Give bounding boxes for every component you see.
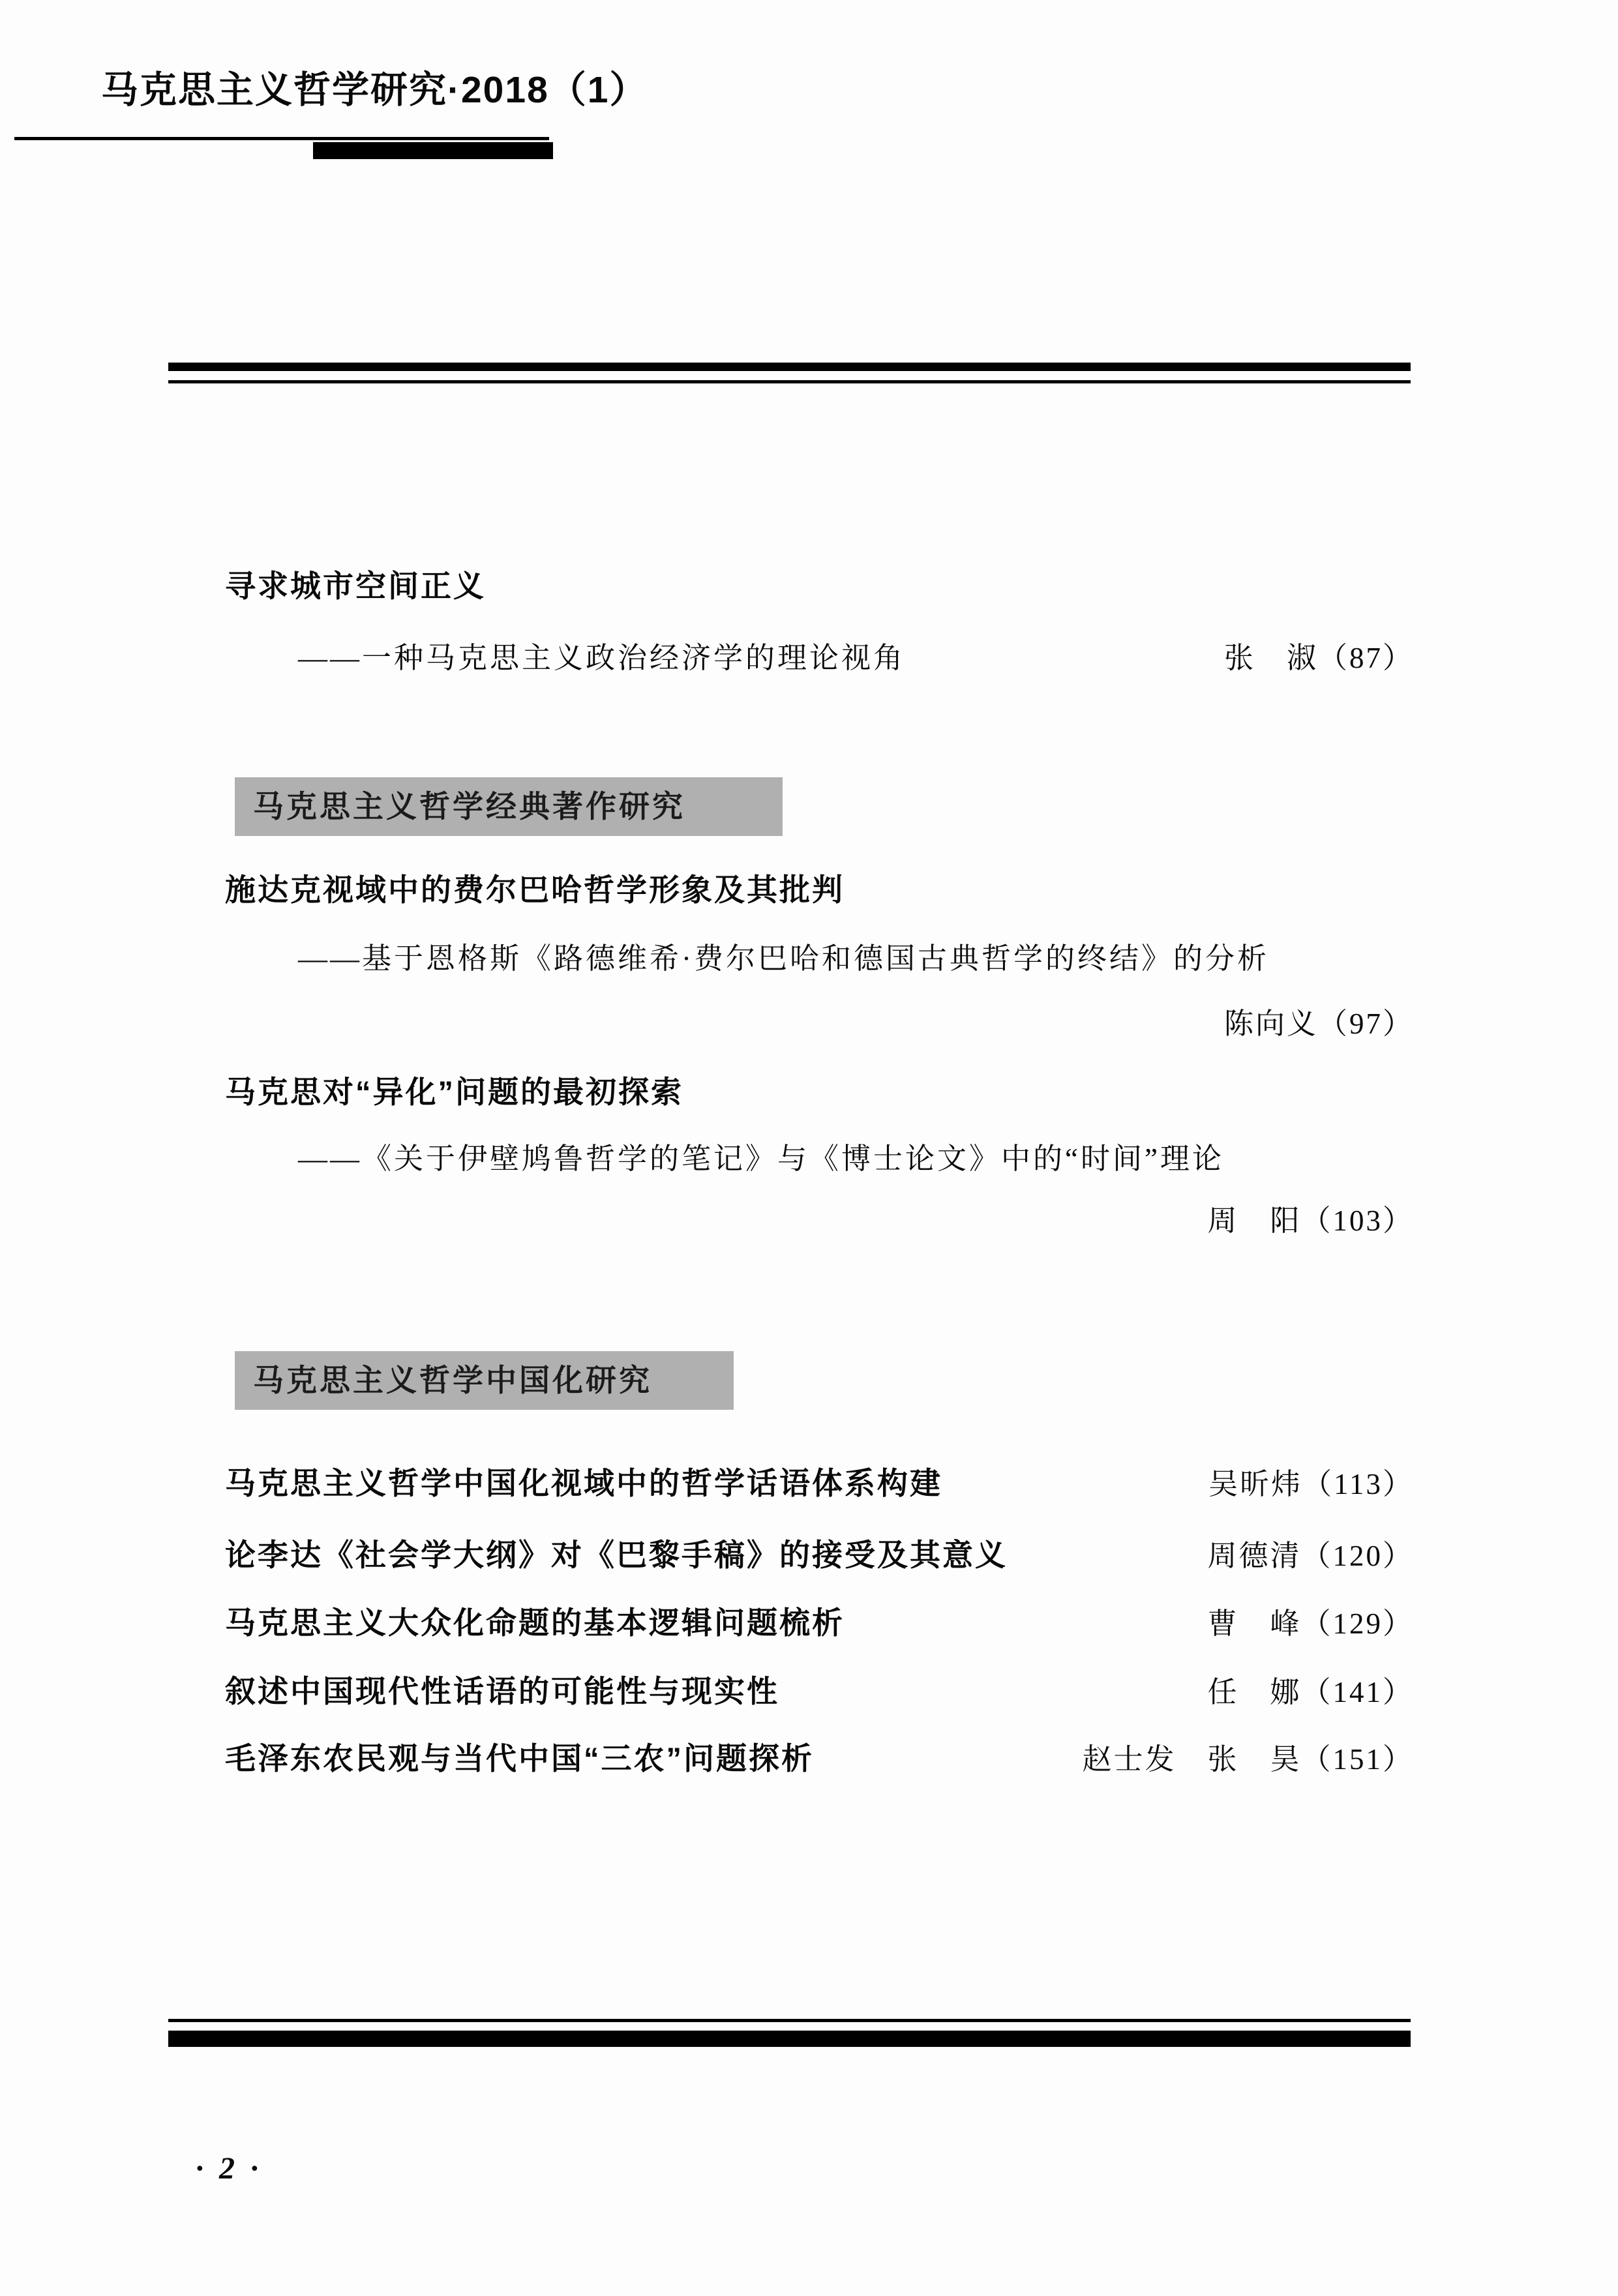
toc-entry-subtitle: ——《关于伊壁鸠鲁哲学的笔记》与《博士论文》中的“时间”理论 [225,1135,1487,1177]
toc-entry-authors: 曹 峰（129） [1207,1600,1414,1642]
toc-entry-title: 寻求城市空间正义 [225,562,1414,606]
section-header-classic-works: 马克思主义哲学经典著作研究 [235,777,783,836]
toc-entry-subtitle: ——一种马克思主义政治经济学的理论视角 [225,634,905,676]
toc-entry-authors: 吴昕炜（113） [1208,1460,1414,1502]
toc-entry-title: 施达克视域中的费尔巴哈哲学形象及其批判 [225,866,1414,910]
page-number: · 2 · [196,2151,262,2186]
section-header-sinicization: 马克思主义哲学中国化研究 [235,1351,734,1410]
bottom-rule-thick [168,2031,1411,2047]
toc-entry-authors: 周德清（120） [1207,1532,1414,1574]
toc-entry-title: 马克思对“异化”问题的最初探索 [225,1068,1414,1112]
toc-entry-title: 论李达《社会学大纲》对《巴黎手稿》的接受及其意义 [225,1531,1008,1575]
journal-title: 马克思主义哲学研究·2018（1） [101,60,648,113]
header-underline-thin [14,137,549,140]
toc-entry-subtitle: ——基于恩格斯《路德维希·费尔巴哈和德国古典哲学的终结》的分析 [225,934,1487,977]
toc-entry-title: 毛泽东农民观与当代中国“三农”问题探析 [225,1735,814,1778]
toc-entry-row: 叙述中国现代性话语的可能性与现实性 任 娜（141） [225,1667,1414,1711]
toc-entry-authors: 任 娜（141） [1207,1668,1414,1710]
toc-entry-authors: 陈向义（97） [225,1000,1414,1042]
toc-entry-row: 论李达《社会学大纲》对《巴黎手稿》的接受及其意义 周德清（120） [225,1531,1414,1575]
toc-entry-row: 马克思主义哲学中国化视域中的哲学话语体系构建 吴昕炜（113） [225,1459,1414,1503]
toc-entry-authors: 周 阳（103） [225,1197,1414,1239]
toc-entry-row: 毛泽东农民观与当代中国“三农”问题探析 赵士发 张 昊（151） [225,1735,1414,1778]
bottom-rule-thin [168,2019,1411,2022]
toc-entry-authors: 赵士发 张 昊（151） [1082,1735,1414,1778]
toc-entry-title: 马克思主义大众化命题的基本逻辑问题梳析 [225,1599,845,1643]
toc-entry-row: ——一种马克思主义政治经济学的理论视角 张 淑（87） [225,634,1414,676]
toc-entry-title: 叙述中国现代性话语的可能性与现实性 [225,1667,779,1711]
toc-entry-authors: 张 淑（87） [1224,634,1414,676]
header-underline-thick [313,142,553,159]
top-rule-thin [168,380,1411,383]
top-rule-thick [168,363,1411,371]
toc-entry-title: 马克思主义哲学中国化视域中的哲学话语体系构建 [225,1459,942,1503]
toc-entry-row: 马克思主义大众化命题的基本逻辑问题梳析 曹 峰（129） [225,1599,1414,1643]
